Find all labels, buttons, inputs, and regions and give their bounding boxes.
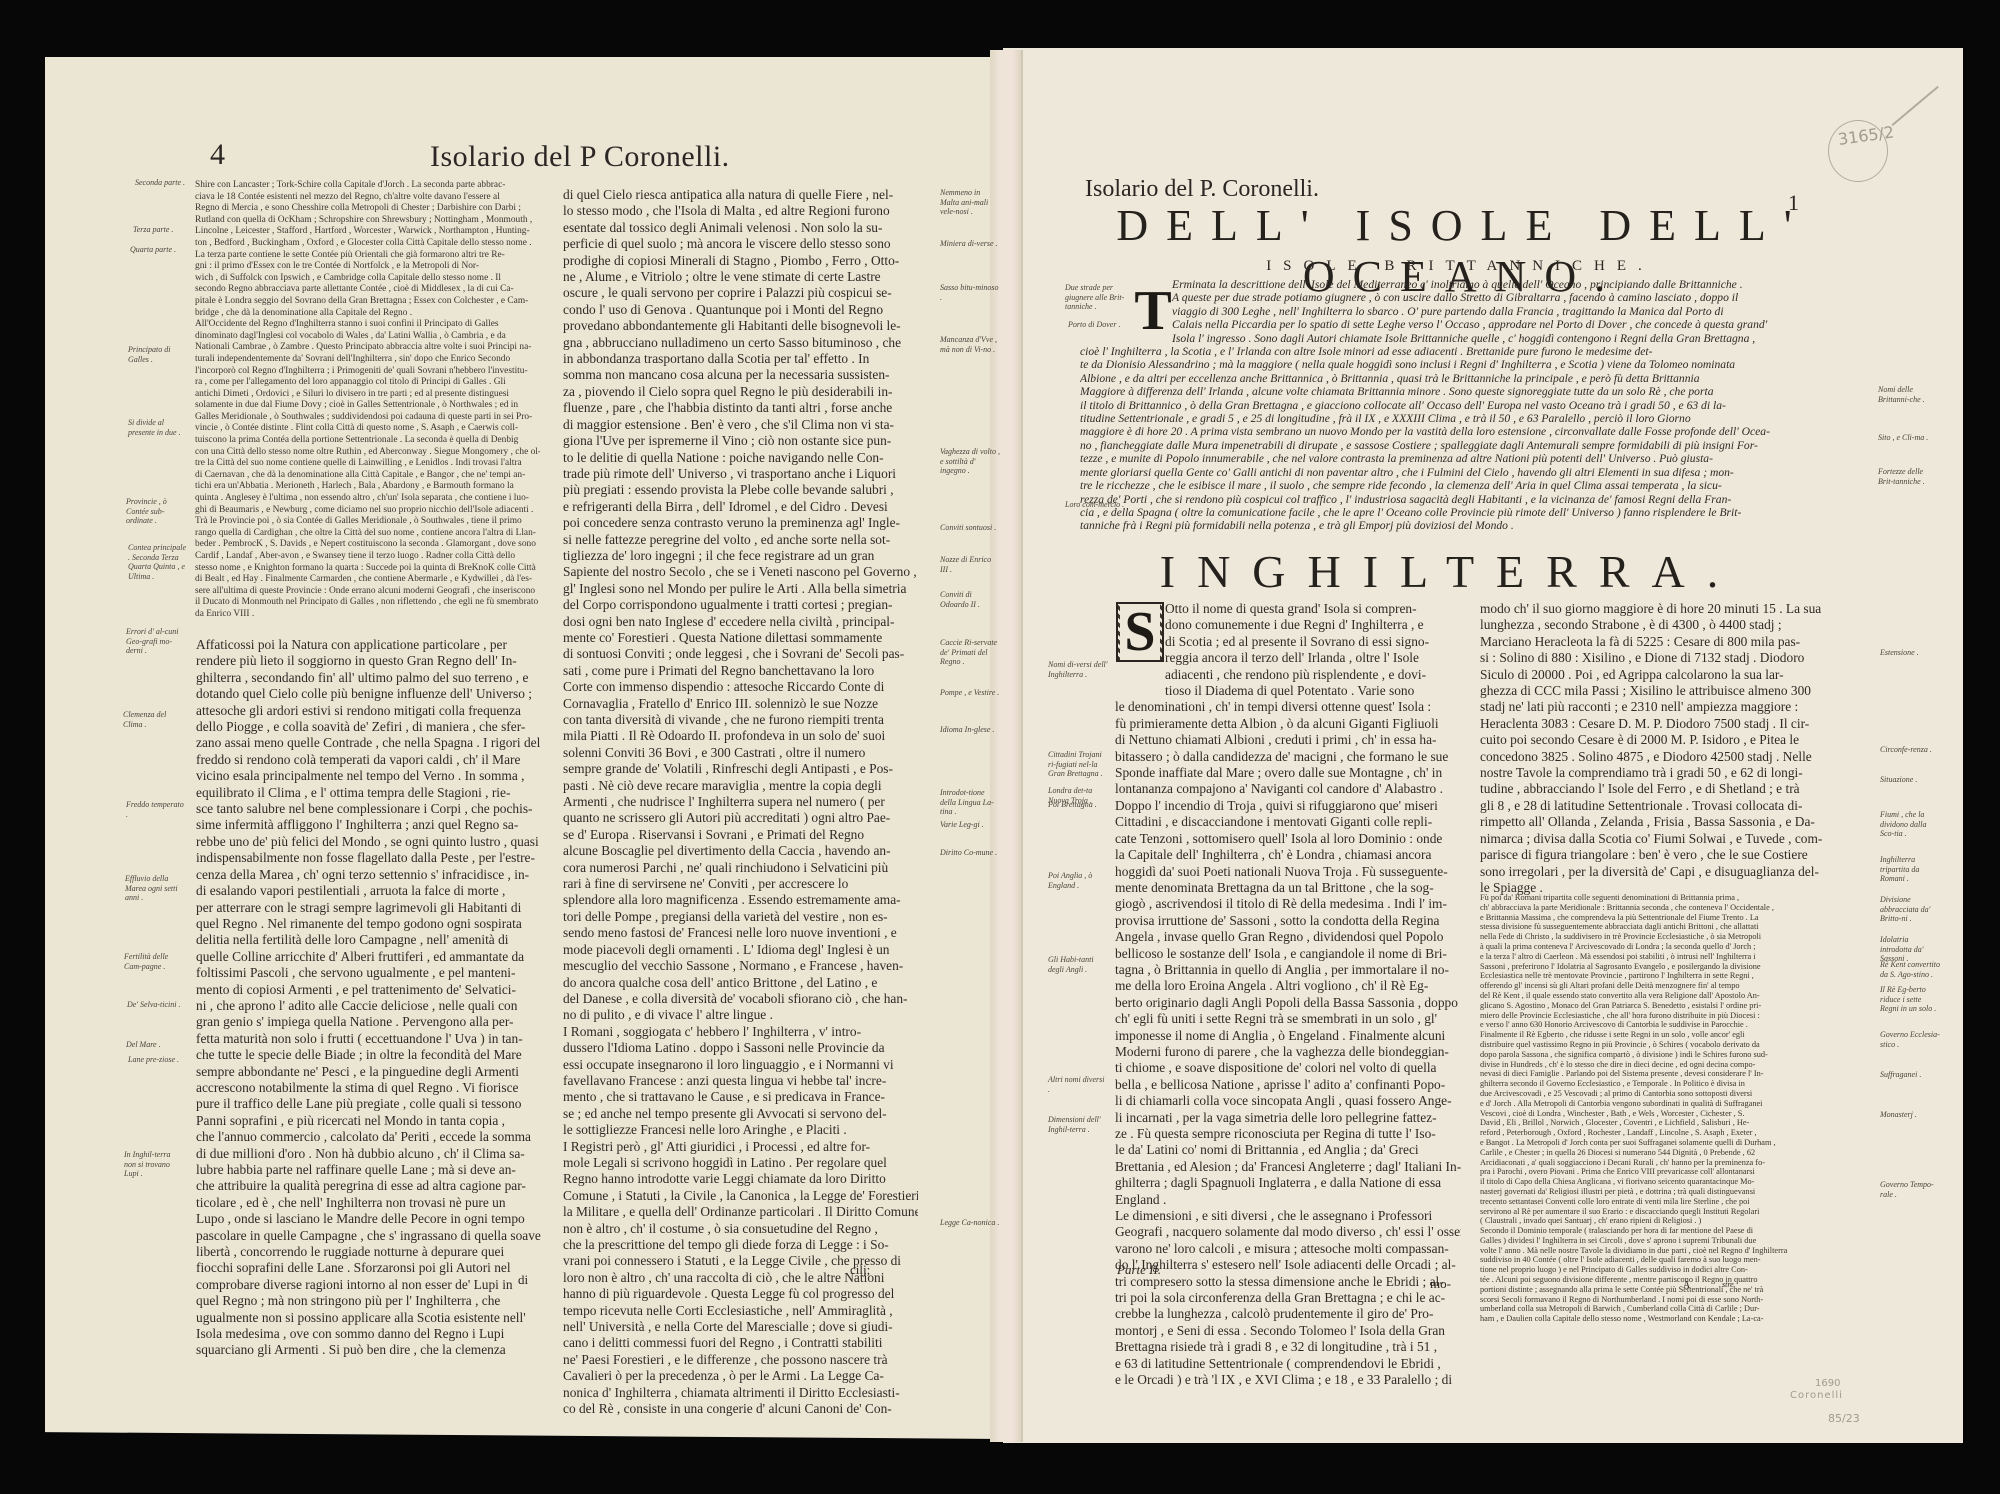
margin-note: Cittadini Trojani ri-fugiati nel-la Gran…: [1048, 750, 1108, 779]
text-line: reggia ancora il terzo dell' Irlanda , o…: [1115, 650, 1461, 666]
margin-note: Inghilterra tripartita da Romani .: [1880, 855, 1940, 884]
text-line: si nelle fattezze peregrine del volto , …: [563, 532, 918, 548]
text-line: vincie , ò Contée distinte . Flint colla…: [195, 423, 540, 435]
text-line: sempre grande de' Volatili , Rinfreschi …: [563, 761, 918, 777]
margin-note: Del Mare .: [126, 1040, 186, 1050]
text-line: attesoche gli ardori estivi si rendono m…: [196, 703, 541, 719]
text-line: le sottigliezze Francesi nelle loro Arin…: [563, 1122, 918, 1138]
text-line: Calais nella Piccardia per lo spatio di …: [1130, 318, 1860, 331]
text-line: Brettania , ed Alesion ; da' Francesi An…: [1115, 1159, 1461, 1175]
text-line: gna , abbrucciano nulladimeno un certo S…: [563, 335, 918, 351]
text-line: gni : il primo d'Essex con le tre Contée…: [195, 261, 540, 273]
margin-note: Poi Brettagna .: [1048, 800, 1108, 810]
right-column-2-catchword: stre: [1722, 1280, 1734, 1289]
text-line: Secondo il Dominio temporale ( tralascia…: [1480, 1226, 1825, 1236]
section-title-inghilterra: INGHILTERRA.: [990, 545, 1910, 598]
text-line: montorj , e Seni di essa . Secondo Tolom…: [1115, 1323, 1461, 1339]
margin-note: Lane pre-ziose .: [128, 1055, 188, 1065]
text-line: quanto ne scrissero gli Autori più accre…: [563, 810, 918, 826]
text-line: di Caernavan , che dà la denominatione a…: [195, 470, 540, 482]
margin-note: De' Selva-ticini .: [127, 1000, 187, 1010]
text-line: à quali la prima conteneva l' Arcivescov…: [1480, 942, 1825, 952]
text-line: Geografi , nacquero solamente dal modo d…: [1115, 1224, 1461, 1240]
right-column-2-small-print: Fù poi da' Romani tripartita colle segue…: [1480, 893, 1825, 1324]
margin-note: Nomi delle Brittanni-che .: [1878, 385, 1938, 404]
margin-note: Loro com-mercio .: [1065, 500, 1125, 510]
text-line: del Danese , e colla diversità de' vocab…: [563, 991, 918, 1007]
text-line: dussero l'Idioma Latino . doppo i Sasson…: [563, 1040, 918, 1056]
left-column-2-catchword: cilj;: [850, 1262, 870, 1278]
text-line: dopo parola Sassona , che significa comp…: [1480, 1050, 1825, 1060]
text-line: David , Eli , Brillol , Norwich , Gloces…: [1480, 1118, 1825, 1128]
text-line: no , fiancheggiate dalle Mura impenetrab…: [1080, 439, 1860, 452]
text-line: di Bealt , ed Hay . Finalmente Carmarden…: [195, 574, 540, 586]
text-line: gran genio s' impiega quella Natione . P…: [196, 1014, 541, 1030]
text-line: tée . Alcuni poi seguono divisione diffe…: [1480, 1275, 1825, 1285]
text-line: pitale è Londra seggio del Sovrano della…: [195, 296, 540, 308]
text-line: Affaticossi poi la Natura con applicatio…: [196, 637, 541, 653]
text-line: giona l'Uve per ispremerne il Vino ; ciò…: [563, 433, 918, 449]
text-line: tagna , ò Brittannia in quello di Anglia…: [1115, 962, 1461, 978]
text-line: rezza de' Porti , che si rendono più cos…: [1080, 493, 1860, 506]
text-line: Erminata la descrittione dell' Isole del…: [1130, 278, 1860, 291]
text-line: varono ne' loro calcoli , e misura ; att…: [1115, 1241, 1461, 1257]
text-line: da Enrico VIII .: [195, 609, 540, 621]
text-line: Shire con Lancaster ; Tork-Schire colla …: [195, 180, 540, 192]
text-line: quel Regno . Nel rimanente del tempo god…: [196, 916, 541, 932]
text-line: Heraclenta 3083 : Cesare D. M. P. Diodor…: [1480, 716, 1825, 732]
text-line: nimarca ; divisa dalla Scotia co' Fiumi …: [1480, 831, 1825, 847]
text-line: concedono 3825 . Solino 4875 , e Diodoro…: [1480, 749, 1825, 765]
text-line: con una Città dello stesso nome oltre Ru…: [195, 447, 540, 459]
text-line: Moderni furono di parere , che la vaghez…: [1115, 1044, 1461, 1060]
margin-note: Estensione .: [1880, 648, 1940, 658]
margin-note: Provincie , ò Contée sub-ordinate .: [126, 497, 186, 526]
text-line: ne , Alume , e Vitriolo ; oltre le vene …: [563, 269, 918, 285]
text-line: sono irregolari , per la diversità de' C…: [1480, 864, 1825, 880]
pencil-date: 1690: [1815, 1378, 1840, 1389]
text-line: dotando quel Cielo colle più benigne inf…: [196, 686, 541, 702]
text-line: tre le ricchezze , che le esibisce il ma…: [1080, 479, 1860, 492]
margin-note: Situazione .: [1880, 775, 1940, 785]
text-line: prodighe di copiosi Minerali di Stagno ,…: [563, 253, 918, 269]
text-line: ze . Fù questa sempre riconosciuta per R…: [1115, 1126, 1461, 1142]
text-line: l'incorporò col Regno d'Inghilterra ; i …: [195, 366, 540, 378]
text-line: umberland colla sua Metropoli di Barwich…: [1480, 1304, 1825, 1314]
text-line: parisce di figura triangolare : ben' è v…: [1480, 847, 1825, 863]
margin-note: Errori d' al-cuni Geo-grafi mo-derni .: [126, 627, 186, 656]
text-line: cenza della Marea , ch' ogni terzo sette…: [196, 867, 541, 883]
text-line: dosi ogni ben nato Inglese d' eccedere n…: [563, 614, 918, 630]
text-line: Lincolne , Leicester , Stafford , Hartfo…: [195, 226, 540, 238]
text-line: ghilterra , secondando fin' all' ultimo …: [196, 670, 541, 686]
right-running-head: Isolario del P. Coronelli.: [1085, 176, 1319, 203]
text-line: se ; ed anche nel tempo presente gli Avv…: [563, 1106, 918, 1122]
right-column-2-body: modo ch' il suo giorno maggiore è di hor…: [1480, 601, 1825, 896]
margin-note: Fortezze delle Brit-tanniche .: [1878, 467, 1938, 486]
text-line: comprobare diverse ragioni intorno al no…: [196, 1277, 541, 1293]
text-line: di due millioni d'oro . Non hà dubbio al…: [196, 1146, 541, 1162]
margin-note: Pompe , e Vestire .: [940, 688, 1000, 698]
text-line: e d' Jorch . Alla Metropoli di Cantorbia…: [1480, 1099, 1825, 1109]
text-line: solamente in due dal Fiume Dovy ; cioè i…: [195, 400, 540, 412]
margin-note: Effluvio della Marea ogni setti anni .: [125, 874, 185, 903]
text-line: rari à fine di servirsene ne' Conviti , …: [563, 876, 918, 892]
text-line: Panni soprafini , e più ricercati nel Mo…: [196, 1113, 541, 1129]
margin-note: Fiumi , che la dividono dalla Sco-tia .: [1880, 810, 1940, 839]
text-line: cuito poi secondo Cesare è di 2000 M. P.…: [1480, 732, 1825, 748]
text-line: mole Legali si scrivono hoggidì in Latin…: [563, 1155, 918, 1171]
text-line: adiacenti , che rendono più risplendente…: [1115, 667, 1461, 683]
text-line: provisa irruttione de' Sassoni , sotto l…: [1115, 913, 1461, 929]
text-line: I Registri però , gl' Atti giuridici , i…: [563, 1139, 918, 1155]
text-line: oscure , le quali servono per coprire i …: [563, 285, 918, 301]
text-line: tigliezza de' loro ingegni ; il che fece…: [563, 548, 918, 564]
text-line: di Nettuno chiamati Albioni , creduti i …: [1115, 732, 1461, 748]
text-line: trecento settantasei Conventi colle loro…: [1480, 1197, 1825, 1207]
text-line: Regno di Mercia , e sono Chesshire colla…: [195, 203, 540, 215]
text-line: secondo Regno abbracciava parte allettan…: [195, 284, 540, 296]
text-line: Isola medesima , ove con sommo danno del…: [196, 1326, 541, 1342]
text-line: di maggior estensione . Ben' è vero , ch…: [563, 417, 918, 433]
margin-note: Fertilità delle Cam-pagne .: [124, 952, 184, 971]
margin-note: Clemenza del Clima .: [123, 710, 183, 729]
text-line: delitia nella fertilità delle loro Campa…: [196, 932, 541, 948]
text-line: tudine , abbracciando l' Isole del Ferro…: [1480, 781, 1825, 797]
signature-parte-ii: Parte II.: [1117, 1262, 1161, 1278]
text-line: rendere più lieto il soggiorno in questo…: [196, 653, 541, 669]
text-line: volte l' anno . Mà nelle nostre Tavole l…: [1480, 1246, 1825, 1256]
text-line: do ancora qualche cosa dell' antico Brit…: [563, 975, 918, 991]
text-line: Fù poi da' Romani tripartita colle segue…: [1480, 893, 1825, 903]
text-line: antichi Dimeti , Ordovici , e Siluri lo …: [195, 389, 540, 401]
margin-note: Si divide al presente in due .: [128, 418, 188, 437]
margin-note: Altri nomi diversi .: [1048, 1075, 1108, 1094]
text-line: ton , Bedford , Buckingham , Oxford , e …: [195, 238, 540, 250]
margin-note: Poi Anglia , ò England .: [1048, 871, 1108, 890]
text-line: si : Solino di 880 : Xisilino , e Dione …: [1480, 650, 1825, 666]
margin-note: Quarta parte .: [130, 245, 190, 255]
text-line: la Capitale dell' Inghilterra , ch' è Lo…: [1115, 847, 1461, 863]
text-line: Isola l' ingresso . Sono dagli Autori ch…: [1130, 332, 1860, 345]
text-line: co del Rè , consiste in una congerie d' …: [563, 1401, 918, 1417]
text-line: Nationali Cambrae , ò Zambre . Questo Pr…: [195, 342, 540, 354]
margin-note: Monasterj .: [1880, 1110, 1940, 1120]
margin-note: Governo Tempo-rale .: [1880, 1180, 1940, 1199]
text-line: stadj ne' lati più racconti ; e 2310 nel…: [1480, 699, 1825, 715]
text-line: bridge , che dà la denominatione alla Ca…: [195, 308, 540, 320]
text-line: mescuglio del vecchio Sassone , Normano …: [563, 958, 918, 974]
text-line: il titolo di Brittannico , ò della Gran …: [1080, 399, 1860, 412]
text-line: rimpetto all' Ollanda , Zelanda , Frisia…: [1480, 814, 1825, 830]
text-line: fluenze , pare , che l'habbia distinto d…: [563, 400, 918, 416]
text-line: e refrigeranti della Birra , dell' Idrom…: [563, 499, 918, 515]
margin-note: Principato di Galles .: [128, 345, 188, 364]
text-line: e la terza l' altro di Caerleon . Mà ess…: [1480, 952, 1825, 962]
text-line: hoggidì da' suoi Poeti nationali Nuova T…: [1115, 864, 1461, 880]
text-line: Armenti , che nudrisce l' Inghilterra su…: [563, 794, 918, 810]
left-column-1-body: Affaticossi poi la Natura con applicatio…: [196, 637, 541, 1359]
margin-note: In Inghil-terra non si trovano Lupi .: [124, 1150, 184, 1179]
pencil-author: Coronelli: [1790, 1390, 1843, 1401]
margin-note: Conviti sontuosi .: [940, 523, 1000, 533]
text-line: Cittadini , e discacciandone i mentovati…: [1115, 814, 1461, 830]
text-line: cate Tenzoni , sottomisero quell' Isola …: [1115, 831, 1461, 847]
text-line: dono comunemente i due Regni d' Inghilte…: [1115, 617, 1461, 633]
text-line: che la prescrittione del tempo gli diede…: [563, 1237, 918, 1253]
text-line: mento di copiosi Armenti , e pel tratten…: [196, 982, 541, 998]
text-line: mente gloriarsi quella Gente co' Galli a…: [1080, 466, 1860, 479]
text-line: tri compresero sotto la stessa dimension…: [1115, 1274, 1461, 1290]
text-line: indispensabilmente non fosse flagellato …: [196, 850, 541, 866]
text-line: Cardif , Landaf , Aber-avon , e Swansey …: [195, 551, 540, 563]
text-line: ciava le 18 Contée esistenti nel mezzo d…: [195, 192, 540, 204]
text-line: zano assai meno quelle Contrade , che ne…: [196, 735, 541, 751]
text-line: in abbondanza trasportano dalla Scotia p…: [563, 351, 918, 367]
margin-note: Due strade per giugnere alle Brit-tannic…: [1065, 283, 1125, 312]
margin-note: Vaghezza di volto , e sottiltà d' ingegn…: [940, 447, 1000, 476]
text-line: beder . PembrocK , S. Davids , e Nepert …: [195, 539, 540, 551]
text-line: sime infermità affliggono l' Inghilterra…: [196, 817, 541, 833]
text-line: portioni distinte ; assegnando alla prim…: [1480, 1285, 1825, 1295]
text-line: nevasi di dieci Famiglie . Parlando poi …: [1480, 1069, 1825, 1079]
margin-note: Il Rè Eg-berto riduce i sette Regni in u…: [1880, 985, 1940, 1014]
text-line: reford , Peterborough , Oxford , Rochest…: [1480, 1128, 1825, 1138]
text-line: Sapiente del nostro Secolo , che se i Ve…: [563, 564, 918, 580]
text-line: pasti . Nè ciò deve recare maraviglia , …: [563, 778, 918, 794]
margin-note: Dimensioni dell' Inghil-terra .: [1048, 1115, 1108, 1134]
text-line: cioè l' Inghilterra , la Scotia , e l' I…: [1080, 345, 1860, 358]
text-line: alcune Boscaglie pel divertimento della …: [563, 843, 918, 859]
text-line: Vescovi , cioè di Londra , Winchester , …: [1480, 1109, 1825, 1119]
text-line: titudine Settentrionale , e gradi 5 , e …: [1080, 412, 1860, 425]
text-line: trade più rimote dell' Universo , vi tra…: [563, 466, 918, 482]
text-line: solenni Conviti 36 Bovi , e 300 Castrati…: [563, 745, 918, 761]
text-line: Corte con immenso dispendio : attesoche …: [563, 679, 918, 695]
text-line: ghilterra secondo il Governo Ecclesiasti…: [1480, 1079, 1825, 1089]
text-line: cora numerosi Parchi , ne' quali rinchiu…: [563, 860, 918, 876]
margin-note: Introdot-tione della Lingua La-tina .: [940, 788, 1000, 817]
text-line: modo ch' il suo giorno maggiore è di hor…: [1480, 601, 1825, 617]
text-line: rebbe uno de' più felici del Mondo , se …: [196, 834, 541, 850]
text-line: essi occupate insegnarono il loro lingua…: [563, 1057, 918, 1073]
text-line: provedano abbondantemente gli Habitanti …: [563, 318, 918, 334]
text-line: no di pulito , e di vivace l' altre ling…: [563, 1007, 918, 1023]
text-line: Rutland con quella di OcKham ; Schropshi…: [195, 215, 540, 227]
text-line: mente co' Forestieri . Questa Natione di…: [563, 630, 918, 646]
margin-note: Seconda parte .: [135, 178, 195, 188]
text-line: e Brittannia Massima , che comprendeva l…: [1480, 913, 1825, 923]
text-line: offerendo gl' incensi sù gli Altari prof…: [1480, 981, 1825, 991]
text-line: più pregiati : essendo provista la Plebe…: [563, 482, 918, 498]
left-column-1-catchword: di: [518, 1272, 528, 1288]
left-column-2-body: di quel Cielo riesca antipatica alla nat…: [563, 187, 918, 1417]
margin-note: Caccie Ri-servate de' Primati del Regno …: [940, 638, 1000, 667]
text-line: non è altro , ch' il costume , ò sia con…: [563, 1221, 918, 1237]
margin-note: Varie Leg-gi .: [940, 820, 1000, 830]
margin-note: Contea principale . Seconda Terza Quarta…: [128, 543, 188, 581]
text-line: che tutte le specie delle Biade ; in olt…: [196, 1047, 541, 1063]
text-line: Finalmente il Rè Egberto , che ridusse i…: [1480, 1030, 1825, 1040]
text-line: tri poi la sola circonferenza della Gran…: [1115, 1290, 1461, 1306]
text-line: mode piacevoli degli ornamenti . L' Idio…: [563, 942, 918, 958]
text-line: vicino esala principalmente nel tempo de…: [196, 768, 541, 784]
margin-note: Nomi di-versi dell' Inghilterra .: [1048, 660, 1108, 679]
margin-note: Mancanza d'Vve , mà non di Vi-no .: [940, 335, 1000, 354]
text-line: suddiviso in 40 Contée ( oltre l' Isole …: [1480, 1255, 1825, 1265]
text-line: cano i delitti commessi fuori del Regno …: [563, 1335, 918, 1351]
text-line: fù primieramente detta Albion , ò da alc…: [1115, 716, 1461, 732]
text-line: wich , di Suffolck con Ipswich , e Cambr…: [195, 273, 540, 285]
text-line: tanniche frà i Regni più formidabili nel…: [1080, 519, 1860, 532]
text-line: condo l' uso di Genova . Quantunque poi …: [563, 302, 918, 318]
text-line: di Scotia ; ed al presente il Sovrano di…: [1115, 634, 1461, 650]
text-line: bitassero ; ò dalla candidezza de' macig…: [1115, 749, 1461, 765]
text-line: fetta maturità non solo i frutti ( eccet…: [196, 1031, 541, 1047]
text-line: Brettagna risiede trà i gradi 8 , e 32 d…: [1115, 1339, 1461, 1355]
text-line: ugualmente non si possino applicare alla…: [196, 1310, 541, 1326]
margin-note: Freddo temperato .: [126, 800, 186, 819]
text-line: poi concedere senza contrasto veruno la …: [563, 515, 918, 531]
margin-note: Divisione abbracciata da' Britto-ni .: [1880, 895, 1940, 924]
text-line: somma non mancano cosa alcuna per la nec…: [563, 367, 918, 383]
text-line: divise in Hundreds , ch' è lo stesso che…: [1480, 1060, 1825, 1070]
text-line: ghezza di CCC mila Passi ; Xisilino le a…: [1480, 683, 1825, 699]
text-line: gl' Inglesi sono nel Mondo per pulire le…: [563, 581, 918, 597]
text-line: tichi era un'Abbatia . Merioneth , Harle…: [195, 481, 540, 493]
text-line: ch' abbracciava la parte Meridionale : B…: [1480, 903, 1825, 913]
text-line: li di chiamarli colla voce sincopata Ang…: [1115, 1093, 1461, 1109]
intro-paragraph: Erminata la descrittione dell' Isole del…: [1130, 278, 1860, 533]
text-line: viaggio di 300 Leghe , nell' Inghilterra…: [1130, 305, 1860, 318]
text-line: England .: [1115, 1192, 1461, 1208]
signature-mark: A: [1683, 1280, 1690, 1291]
margin-note: Diritto Co-mune .: [940, 848, 1000, 858]
text-line: ham , e Daulien colla Capitale dello ste…: [1480, 1314, 1825, 1324]
text-line: gli 8 , e 28 di latitudine Settentrional…: [1480, 798, 1825, 814]
text-line: libertà , concorrendo le ruggiade nottur…: [196, 1244, 541, 1260]
text-line: tuiscono la prima Contéa della portione …: [195, 435, 540, 447]
text-line: scorsi Secoli formavano il Regno di Nort…: [1480, 1295, 1825, 1305]
text-line: che attribuire la qualità peregrina di e…: [196, 1178, 541, 1194]
right-column-1-body: Otto il nome di questa grand' Isola si c…: [1115, 601, 1461, 1389]
margin-note: Suffraganei .: [1880, 1070, 1940, 1080]
text-line: Sassoni , preferirono l' Idolatria al Sa…: [1480, 962, 1825, 972]
text-line: tre la Città del suo nome contiene quell…: [195, 458, 540, 470]
text-line: sce tanto salubre nel bene complessionar…: [196, 801, 541, 817]
text-line: nasterj governati da' Religiosi illustri…: [1480, 1187, 1825, 1197]
text-line: con tanta diversità di vivande , che ne …: [563, 712, 918, 728]
text-line: per atterrare con le stragi sempre lagri…: [196, 900, 541, 916]
text-line: quel Regno ; mà non stringono più per l'…: [196, 1293, 541, 1309]
text-line: Regno hanno introdotte varie Leggi chiam…: [563, 1171, 918, 1187]
text-line: rango quella di Cardighan , che oltre la…: [195, 528, 540, 540]
text-line: e Bangot . La Metropoli d' Jorch conta p…: [1480, 1138, 1825, 1148]
text-line: Marciano Heracleota la fà di 5225 : Cesa…: [1480, 634, 1825, 650]
text-line: li incarnati , per la vaga simetria dell…: [1115, 1110, 1461, 1126]
text-line: freddo si rendono colà temperati da vapo…: [196, 752, 541, 768]
margin-note: Rè Kent convertito da S. Ago-stino .: [1880, 960, 1940, 979]
margin-note: Porto di Dover .: [1068, 320, 1128, 330]
text-line: All'Occidente del Regno d'Inghilterra st…: [195, 319, 540, 331]
text-line: lontananza compajono a' Naviganti col ca…: [1115, 781, 1461, 797]
text-line: Galles Meridionale , ò Southwales ; sudd…: [195, 412, 540, 424]
text-line: che l'annuo commercio , calcolato da' Pe…: [196, 1129, 541, 1145]
text-line: se d' Europa . Riservansi i Sovrani , e …: [563, 827, 918, 843]
text-line: to le delitie di quella Natione : poiche…: [563, 450, 918, 466]
left-page-number: 4: [210, 138, 225, 172]
text-line: tori delle Pompe , pregiansi della varie…: [563, 909, 918, 925]
text-line: di sontuosi Conviti ; onde leggesi , che…: [563, 646, 918, 662]
text-line: splendore alla loro magnificenza . Essen…: [563, 892, 918, 908]
text-line: distribuire quel vastissimo Regno in più…: [1480, 1040, 1825, 1050]
text-line: cia , e della Spagna ( oltre la comunica…: [1080, 506, 1860, 519]
text-line: ti chiome , e soave dispositione de' col…: [1115, 1060, 1461, 1076]
text-line: equilibrato il Clima , e l' ottima tempr…: [196, 785, 541, 801]
text-line: nell' Università , e nella Corte del Mar…: [563, 1319, 918, 1335]
text-line: del Rè Kent , il quale essendo stato con…: [1480, 991, 1825, 1001]
text-line: e 63 di latitudine Settentrionale ( comp…: [1115, 1356, 1461, 1372]
text-line: me della loro Eroina Angela . Altri vogl…: [1115, 978, 1461, 994]
left-column-1-small-print: Shire con Lancaster ; Tork-Schire colla …: [195, 180, 540, 621]
text-line: quelle Colline arricchite d' Alberi frut…: [196, 949, 541, 965]
text-line: A queste per due strade potiamo giugnere…: [1130, 291, 1860, 304]
text-line: perficie di quel suolo ; mà ancora le vi…: [563, 236, 918, 252]
text-line: lunghezza , secondo Strabone , è di 4300…: [1480, 617, 1825, 633]
text-line: e le Orcadi ) e trà 'l IX , e XVI Clima …: [1115, 1372, 1461, 1388]
text-line: dinominato dagl'Inglesi col vocabolo di …: [195, 331, 540, 343]
text-line: due Arcivescovadi , e 25 Vescovadi ; al …: [1480, 1089, 1825, 1099]
text-line: I Romani , soggiogata c' hebbero l' Ingh…: [563, 1024, 918, 1040]
text-line: squarciano gli Armenti . Si può ben dire…: [196, 1342, 541, 1358]
left-running-head: Isolario del P Coronelli.: [430, 140, 730, 174]
text-line: Arcidiaconati , a' quali soggiacciono i …: [1480, 1158, 1825, 1168]
text-line: di quel Cielo riesca antipatica alla nat…: [563, 187, 918, 203]
text-line: Siculo di 20000 . Poi , ed Agrippa calco…: [1480, 667, 1825, 683]
text-line: pra i Parochi , overo Piovani . Prima ch…: [1480, 1167, 1825, 1177]
text-line: mila Piatti . Il Rè Odoardo II. profonde…: [563, 728, 918, 744]
text-line: te da Dionisio Alessandrino ; mà la magg…: [1080, 358, 1860, 371]
text-line: Angela , invase quello Gran Regno , divi…: [1115, 929, 1461, 945]
text-line: Albione , e da altri per eccellenza anch…: [1080, 372, 1860, 385]
text-line: hanno di più riguardevole . Questa Legge…: [563, 1286, 918, 1302]
text-line: di esalando vapori pestilentiali , arruo…: [196, 883, 541, 899]
text-line: ( Claustrali , invado quei Santuarj , ch…: [1480, 1216, 1825, 1226]
text-line: stessa divisione fù susseguentemente abb…: [1480, 922, 1825, 932]
text-line: dello Piogge , e colla soavità de' Zefir…: [196, 719, 541, 735]
text-line: mente denominata Brettagna da un tal Bri…: [1115, 880, 1461, 896]
right-column-1-catchword: mo-: [1430, 1276, 1451, 1292]
subtitle: ISOLE BRITTANNICHE.: [1010, 258, 1910, 275]
margin-note: Governo Ecclesia-stico .: [1880, 1030, 1940, 1049]
text-line: stesso nome , e Knighton formano la quar…: [195, 563, 540, 575]
text-line: pure il traffico delle Lane più pregiate…: [196, 1096, 541, 1112]
text-line: glicano S. Agostino , Monaco del Gran Pa…: [1480, 1001, 1825, 1011]
text-line: ghi di Beaumaris , e Newburg , come dici…: [195, 505, 540, 517]
text-line: nostre Tavole la comprendiamo trà i grad…: [1480, 765, 1825, 781]
text-line: tempo ricevuta nelle Corti Ecclesiastich…: [563, 1303, 918, 1319]
text-line: Ecclesiastica nelle trè mentovate Provin…: [1480, 971, 1825, 981]
text-line: ghilterra ; dagli Spagnuoli Inglaterra ,…: [1115, 1175, 1461, 1191]
text-line: ticolare , ed è , che nell' Inghilterra …: [196, 1195, 541, 1211]
text-line: maggiore è di hore 20 . A prima vista se…: [1080, 425, 1860, 438]
text-line: ni , che aprono l' adito alle Caccie del…: [196, 998, 541, 1014]
text-line: sempre abbondante ne' Pesci , e la pingu…: [196, 1064, 541, 1080]
text-line: Le dimensioni , e siti diversi , che le …: [1115, 1208, 1461, 1224]
text-line: Comune , i Statuti , la Civile , la Cano…: [563, 1188, 918, 1204]
text-line: il titolo di Capo della Chiesa Anglicana…: [1480, 1177, 1825, 1187]
text-line: do l' Inghilterra s' estesero nell' Isol…: [1115, 1257, 1461, 1273]
